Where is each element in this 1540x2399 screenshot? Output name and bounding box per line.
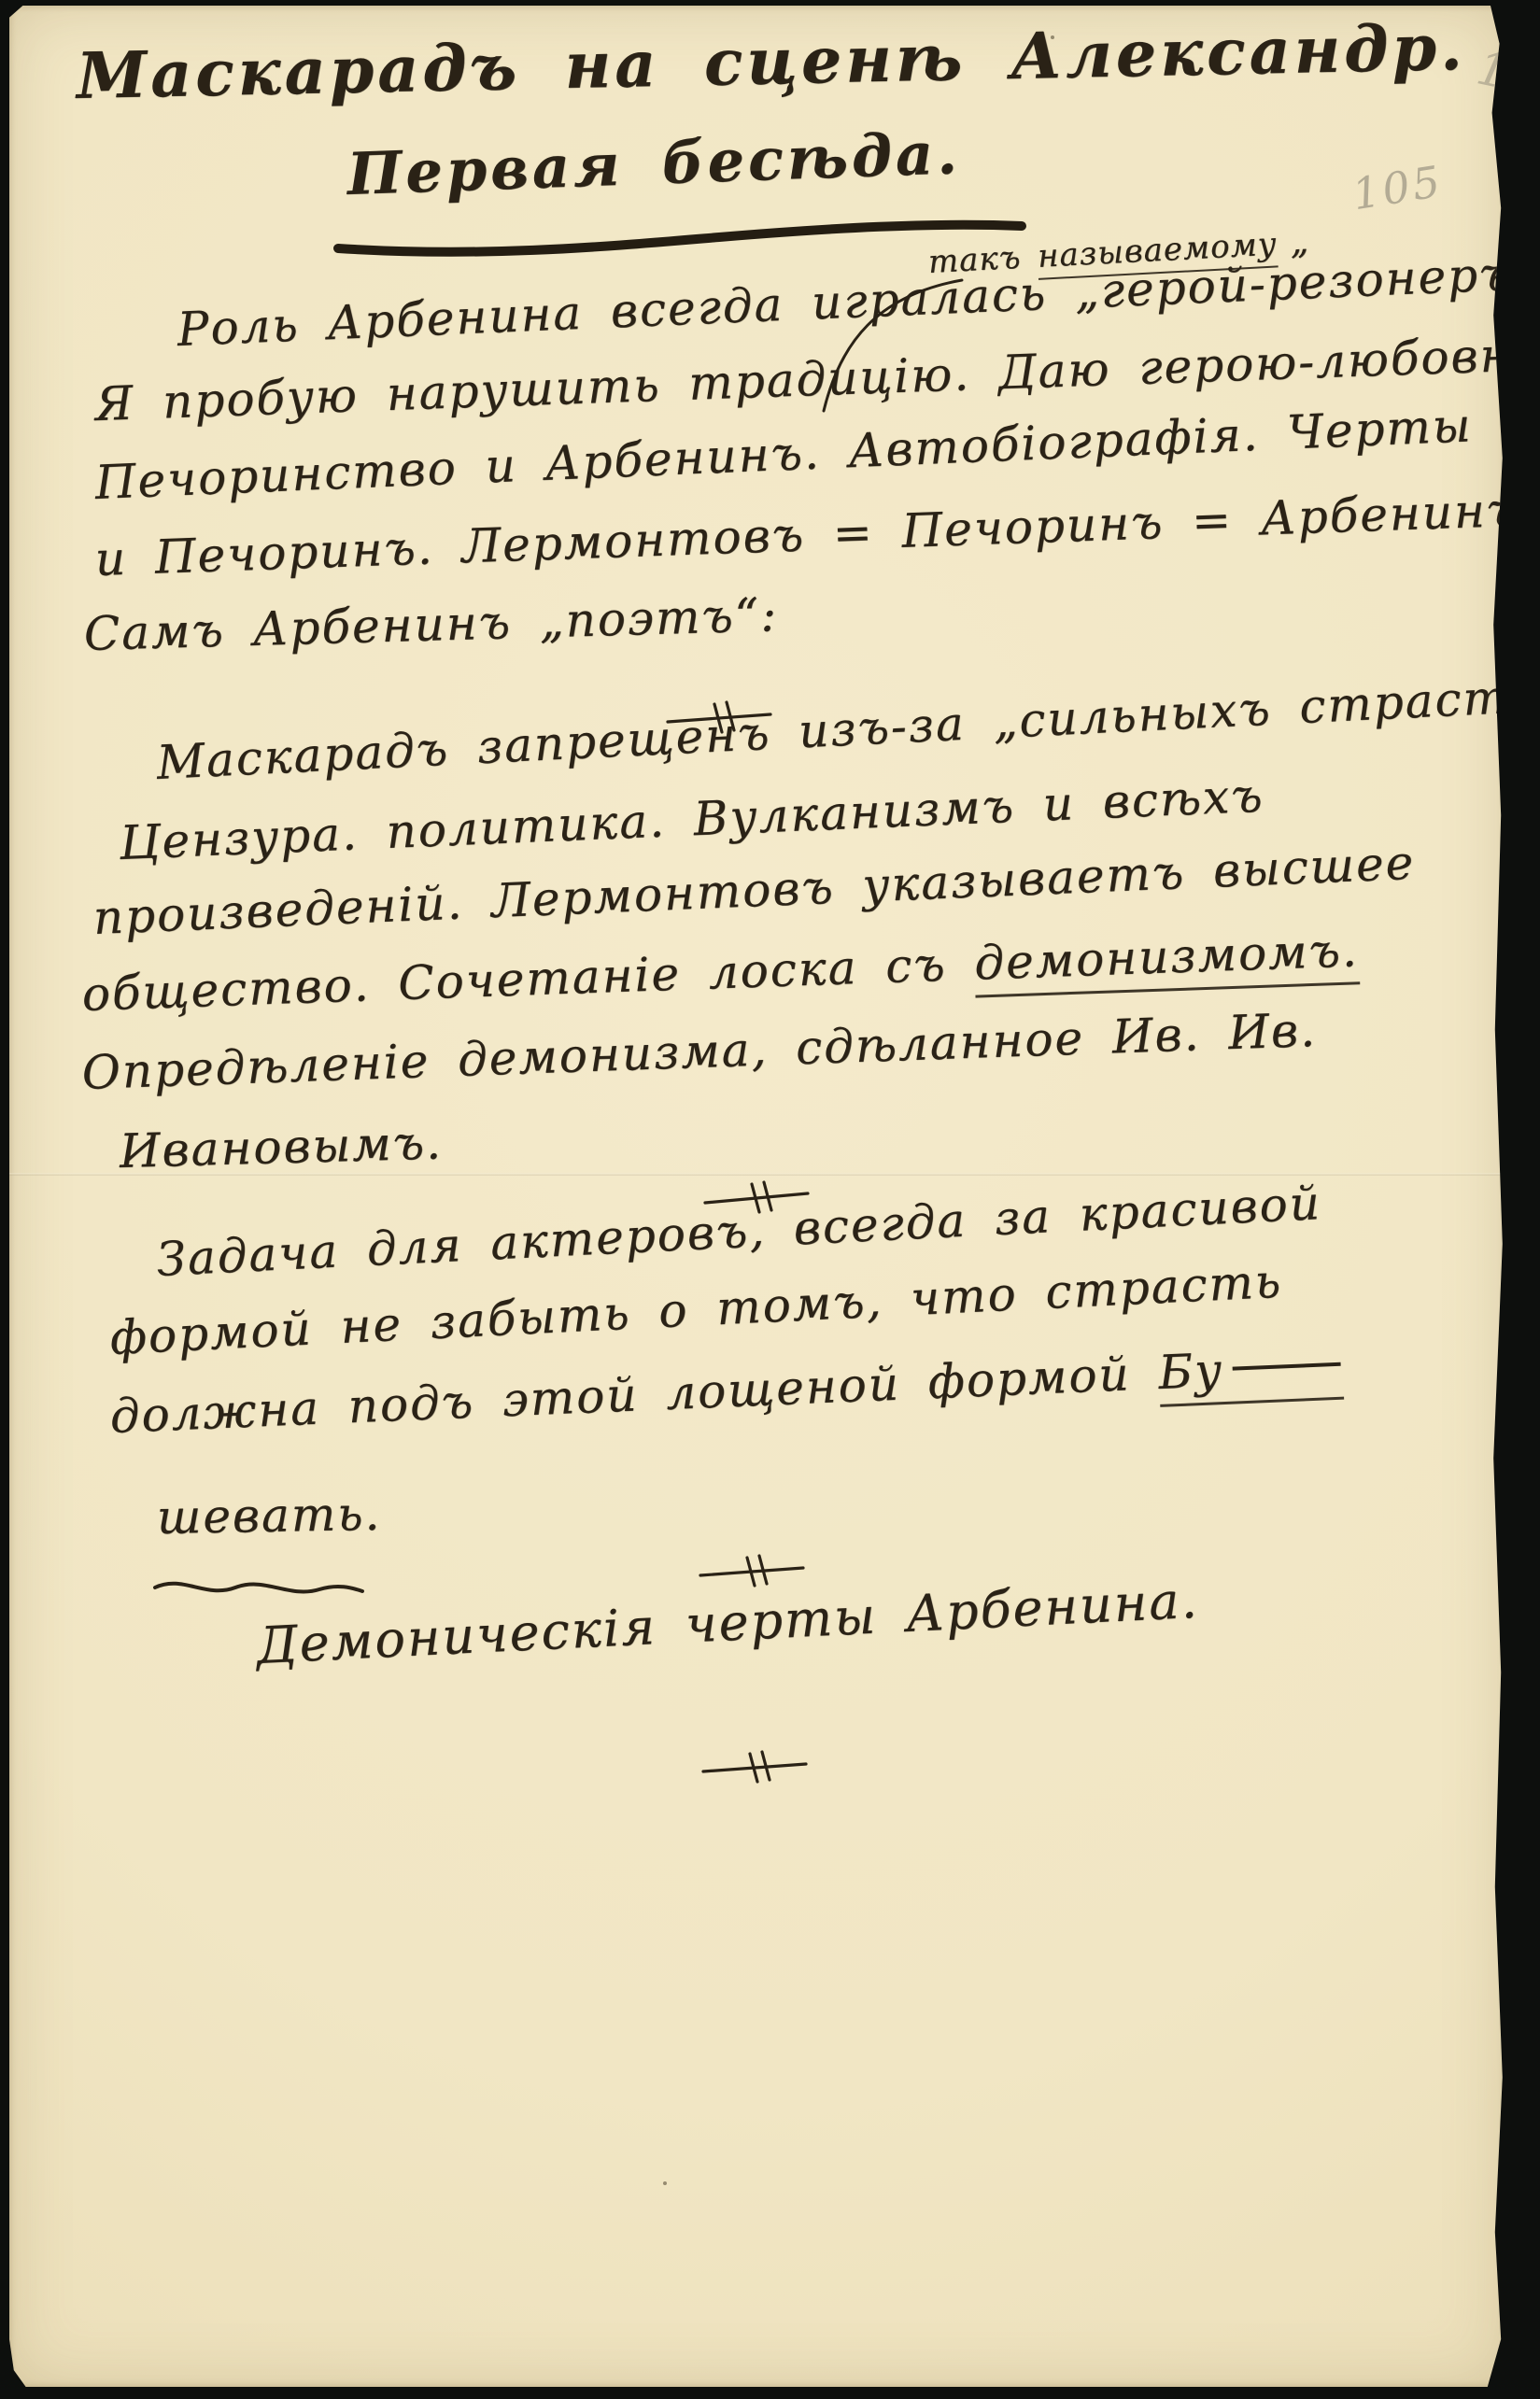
syllable-bu: Бу bbox=[1157, 1343, 1224, 1400]
manuscript-page: Маскарадъ на сценѣ Александр. Театра. Пе… bbox=[9, 6, 1505, 2387]
wavy-underline-stroke bbox=[149, 1567, 374, 1608]
handwritten-line-p2-1: Маскарадъ запрещенъ изъ-за „сильныхъ стр… bbox=[156, 669, 1540, 786]
handwritten-line-p4-1: Демоническія черты Арбенина. bbox=[255, 1575, 1199, 1672]
paper-speck bbox=[1051, 35, 1054, 39]
handwritten-line-p3-3: должна подъ этой лощеной формой Бу bbox=[109, 1342, 1344, 1440]
title-line-2: Первая бесѣда. bbox=[346, 124, 962, 204]
underlined-word-demonism: демонизмомъ. bbox=[973, 923, 1360, 997]
section-divider-icon bbox=[699, 1748, 811, 1785]
handwritten-line-p2-4: общество. Сочетаніе лоска съ демонизмомъ… bbox=[81, 926, 1359, 1018]
handwritten-line-p1-5: Самъ Арбенинъ „поэтъ“: bbox=[83, 591, 778, 657]
title-line-1: Маскарадъ на сценѣ Александр. Театра. bbox=[76, 7, 1540, 108]
long-dash-stroke bbox=[1233, 1362, 1341, 1371]
underlined-syllable-bu: Бу bbox=[1157, 1338, 1344, 1407]
handwritten-line-p2-6: Ивановымъ. bbox=[119, 1119, 443, 1175]
scan-background: Маскарадъ на сценѣ Александр. Театра. Пе… bbox=[0, 0, 1540, 2399]
paper-crease bbox=[9, 1173, 1505, 1176]
line-text: общество. Сочетаніе лоска съ bbox=[81, 937, 976, 1022]
line-text: должна подъ этой лощеной формой bbox=[109, 1346, 1160, 1444]
handwritten-line-p3-4: шевать. bbox=[156, 1490, 381, 1541]
section-divider-icon bbox=[696, 1552, 808, 1589]
handwritten-line-p2-5: Опредѣленіе демонизма, сдѣланное Ив. Ив. bbox=[81, 1007, 1318, 1096]
pencil-number-note: 105 bbox=[1349, 156, 1446, 219]
paper-speck bbox=[663, 2181, 667, 2185]
